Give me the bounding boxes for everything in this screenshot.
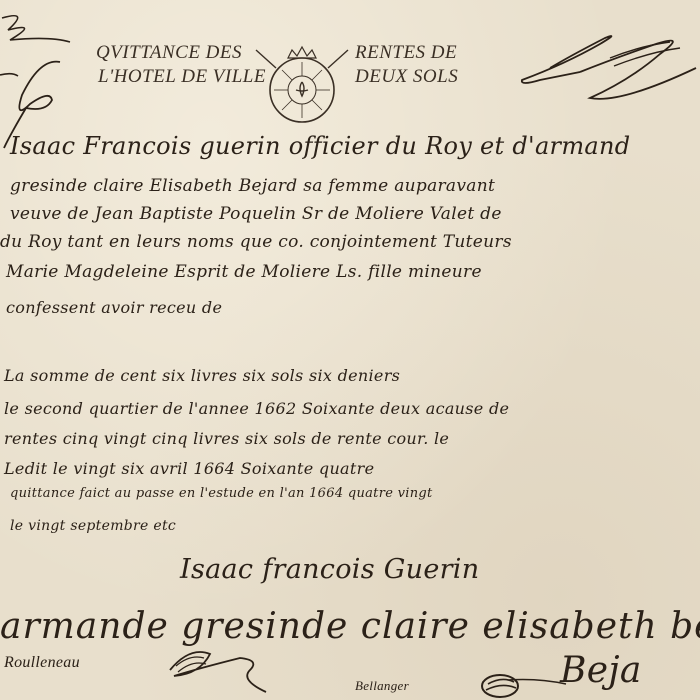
body-line-2: gresinde claire Elisabeth Bejard sa femm… xyxy=(10,176,495,196)
header-deux-sols: DEUX SOLS xyxy=(355,66,458,88)
body-line-6: confessent avoir receu de xyxy=(6,298,222,317)
header-hotel-de-ville: L'HOTEL DE VILLE xyxy=(98,66,266,88)
body2-line-4: Ledit le vingt six avril 1664 Soixante q… xyxy=(4,459,374,478)
top-left-flourish-icon xyxy=(0,0,100,150)
body-line-5: Marie Magdeleine Esprit de Moliere Ls. f… xyxy=(6,262,482,282)
signature-guerin: Isaac francois Guerin xyxy=(180,554,479,585)
body-line-4: du Roy tant en leurs noms que co. conjoi… xyxy=(0,232,512,252)
header-rentes-de: RENTES DE xyxy=(355,42,457,64)
body2-line-5: quittance faict au passe en l'estude en … xyxy=(10,486,433,501)
signature-armande-bejard: armande gresinde claire elisabeth bejard xyxy=(0,606,700,647)
notary-paraph-left-icon xyxy=(160,640,270,700)
body-line-3: veuve de Jean Baptiste Poquelin Sr de Mo… xyxy=(10,204,502,224)
body2-line-6: le vingt septembre etc xyxy=(10,518,176,534)
body2-line-3: rentes cinq vingt cinq livres six sols d… xyxy=(4,429,449,448)
top-right-paraph-icon xyxy=(510,20,700,110)
notary-paraph-right-icon xyxy=(478,670,568,700)
body2-line-1: La somme de cent six livres six sols six… xyxy=(4,366,400,385)
signature-notary-bellanger: Bellanger xyxy=(355,678,409,694)
body-line-1: Isaac Francois guerin officier du Roy et… xyxy=(10,132,630,160)
signature-notary-roulleneau: Roulleneau xyxy=(4,654,80,672)
signature-beja: Beja xyxy=(560,650,642,691)
paris-seal-icon xyxy=(252,44,352,124)
body2-line-2: le second quartier de l'annee 1662 Soixa… xyxy=(4,399,509,418)
header-quittance-des: QVITTANCE DES xyxy=(96,42,242,64)
